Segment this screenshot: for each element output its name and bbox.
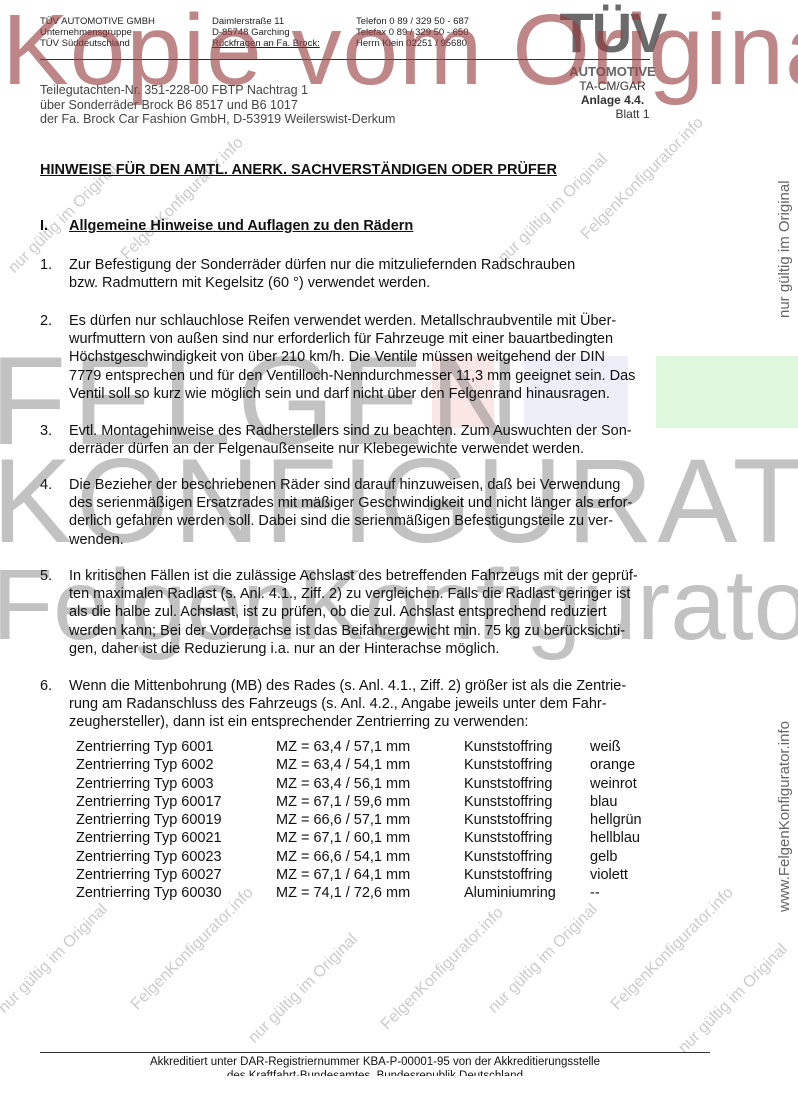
ring-color: weiß [590,738,621,756]
item-line: wenden. [69,531,700,549]
header-fax: Telefax 0 89 / 329 50 - 650 [356,27,469,38]
list-item: 1. Zur Befestigung der Sonderräder dürfe… [40,256,700,292]
ring-dimensions: MZ = 67,1 / 59,6 mm [276,793,464,811]
ring-type: Zentrierring Typ 60021 [76,829,276,847]
item-line: rung am Radanschluss des Fahrzeugs (s. A… [69,695,700,713]
item-number: 4. [40,476,68,494]
watermark-side-bottom: www.FelgenKonfigurator.info [776,721,793,912]
page-title: HINWEISE FÜR DEN AMTL. ANERK. SACHVERSTÄ… [40,162,557,178]
ring-color: blau [590,793,617,811]
item-line: Wenn die Mittenbohrung (MB) des Rades (s… [69,677,700,695]
ring-type: Zentrierring Typ 60017 [76,793,276,811]
ring-material: Kunststoffring [464,738,590,756]
ring-dimensions: MZ = 67,1 / 64,1 mm [276,866,464,884]
ring-color: orange [590,756,635,774]
header-street: Daimlerstraße 11 [212,16,320,27]
watermark-diag: nur gültig im Original [675,941,791,1057]
item-line: des serienmäßigen Ersatzrades mit mäßige… [69,494,700,512]
report-subject: über Sonderräder Brock B6 8517 und B6 10… [40,98,395,113]
ring-dimensions: MZ = 63,4 / 56,1 mm [276,775,464,793]
tuv-logo: TÜV AUTOMOTIVE TA-CM/GAR Anlage 4.4. Bla… [555,8,670,121]
watermark-diag: FelgenKonfigurator.info [608,884,738,1014]
ring-color: violett [590,866,628,884]
table-row: Zentrierring Typ 60023MZ = 66,6 / 54,1 m… [76,848,642,866]
ring-material: Kunststoffring [464,811,590,829]
table-row: Zentrierring Typ 60021MZ = 67,1 / 60,1 m… [76,829,642,847]
watermark-diag: nur gültig im Original [485,901,601,1017]
centering-ring-table: Zentrierring Typ 6001MZ = 63,4 / 57,1 mm… [76,738,642,903]
table-row: Zentrierring Typ 6002MZ = 63,4 / 54,1 mm… [76,756,642,774]
list-item: 4. Die Bezieher der beschriebenen Räder … [40,476,700,549]
list-item: 3. Evtl. Montagehinweise des Radherstell… [40,422,700,458]
footer-accreditation: Akkreditiert unter DAR-Registriernummer … [40,1055,710,1069]
watermark-diag: nur gültig im Original [245,931,361,1047]
item-number: 3. [40,422,68,440]
item-line: werden kann; Bei der Vorderachse ist das… [69,622,700,640]
ring-type: Zentrierring Typ 6001 [76,738,276,756]
ring-material: Kunststoffring [464,848,590,866]
watermark-side-top: nur gültig im Original [776,180,793,318]
table-row: Zentrierring Typ 60027MZ = 67,1 / 64,1 m… [76,866,642,884]
header-company-name: TÜV AUTOMOTIVE GMBH [40,16,155,27]
ring-material: Aluminiumring [464,884,590,902]
ring-color: weinrot [590,775,637,793]
ring-color: -- [590,884,600,902]
item-line: ten maximalen Radlast (s. Anl. 4.1., Zif… [69,585,700,603]
watermark-diag: nur gültig im Original [0,901,112,1017]
item-line: Höchstgeschwindigkeit von über 210 km/h.… [69,348,700,366]
section-title: Allgemeine Hinweise und Auflagen zu den … [69,218,413,234]
item-line: Es dürfen nur schlauchlose Reifen verwen… [69,312,700,330]
item-number: 1. [40,256,68,274]
ring-dimensions: MZ = 66,6 / 57,1 mm [276,811,464,829]
item-number: 5. [40,567,68,585]
item-line: Zur Befestigung der Sonderräder dürfen n… [69,256,700,274]
table-row: Zentrierring Typ 60019MZ = 66,6 / 57,1 m… [76,811,642,829]
ring-color: hellblau [590,829,640,847]
ring-color: gelb [590,848,617,866]
report-company: der Fa. Brock Car Fashion GmbH, D-53919 … [40,112,395,127]
header-contact: Telefon 0 89 / 329 50 - 687 Telefax 0 89… [356,16,469,49]
tuv-logo-automotive: AUTOMOTIVE [555,64,670,79]
ring-dimensions: MZ = 63,4 / 54,1 mm [276,756,464,774]
header-address: Daimlerstraße 11 D-85748 Garching Rückfr… [212,16,320,49]
header-company-parent: TÜV Süddeutschland [40,38,155,49]
list-item: 6. Wenn die Mittenbohrung (MB) des Rades… [40,677,700,732]
ring-type: Zentrierring Typ 60019 [76,811,276,829]
section-number: I. [40,218,69,234]
annex-label: Anlage 4.4. [555,93,670,107]
item-line: Evtl. Montagehinweise des Radherstellers… [69,422,700,440]
header-inquiries: Rückfragen an Fa. Brock: [212,38,320,49]
report-reference: Teilegutachten-Nr. 351-228-00 FBTP Nacht… [40,83,395,127]
table-row: Zentrierring Typ 6001MZ = 63,4 / 57,1 mm… [76,738,642,756]
ring-type: Zentrierring Typ 60030 [76,884,276,902]
item-line: 7779 entsprechen und für den Ventilloch-… [69,367,700,385]
ring-dimensions: MZ = 63,4 / 57,1 mm [276,738,464,756]
header-contact-person: Herrn Klein 02251 / 95680 [356,38,469,49]
report-number: Teilegutachten-Nr. 351-228-00 FBTP Nacht… [40,83,395,98]
watermark-diag: FelgenKonfigurator.info [378,904,508,1034]
ring-material: Kunststoffring [464,756,590,774]
department: TA-CM/GAR [555,79,670,93]
ring-material: Kunststoffring [464,866,590,884]
item-line: bzw. Radmuttern mit Kegelsitz (60 °) ver… [69,274,700,292]
footer-divider [40,1052,710,1053]
header-company-group: Unternehmensgruppe [40,27,155,38]
watermark-diag: FelgenKonfigurator.info [578,114,708,244]
ring-color: hellgrün [590,811,642,829]
header-phone: Telefon 0 89 / 329 50 - 687 [356,16,469,27]
footer-authority: des Kraftfahrt-Bundesamtes, Bundesrepubl… [40,1069,710,1076]
ring-material: Kunststoffring [464,775,590,793]
item-number: 2. [40,312,68,330]
tuv-logo-mark: TÜV [555,8,670,58]
sheet-label: Blatt 1 [555,107,670,121]
header-company: TÜV AUTOMOTIVE GMBH Unternehmensgruppe T… [40,16,155,49]
header-city: D-85748 Garching [212,27,320,38]
item-line: zeughersteller), dann ist ein entspreche… [69,713,700,731]
list-item: 5. In kritischen Fällen ist die zulässig… [40,567,700,658]
ring-dimensions: MZ = 74,1 / 72,6 mm [276,884,464,902]
table-row: Zentrierring Typ 6003MZ = 63,4 / 56,1 mm… [76,775,642,793]
ring-dimensions: MZ = 67,1 / 60,1 mm [276,829,464,847]
section-heading: I.Allgemeine Hinweise und Auflagen zu de… [40,218,413,234]
footer: Akkreditiert unter DAR-Registriernummer … [40,1055,710,1076]
item-line: wurfmuttern von außen sind nur erforderl… [69,330,700,348]
watermark-diag: FelgenKonfigurator.info [118,134,248,264]
ring-type: Zentrierring Typ 60023 [76,848,276,866]
table-row: Zentrierring Typ 60030MZ = 74,1 / 72,6 m… [76,884,642,902]
ring-type: Zentrierring Typ 6002 [76,756,276,774]
item-line: als die halbe zul. Achslast, ist zu prüf… [69,603,700,621]
watermark-diag: FelgenKonfigurator.info [128,884,258,1014]
table-row: Zentrierring Typ 60017MZ = 67,1 / 59,6 m… [76,793,642,811]
item-line: Die Bezieher der beschriebenen Räder sin… [69,476,700,494]
item-line: derräder dürfen an der Felgenaußenseite … [69,440,700,458]
ring-type: Zentrierring Typ 6003 [76,775,276,793]
list-item: 2. Es dürfen nur schlauchlose Reifen ver… [40,312,700,403]
item-line: derlich gefahren werden soll. Dabei sind… [69,512,700,530]
ring-type: Zentrierring Typ 60027 [76,866,276,884]
ring-material: Kunststoffring [464,829,590,847]
ring-material: Kunststoffring [464,793,590,811]
ring-dimensions: MZ = 66,6 / 54,1 mm [276,848,464,866]
item-line: In kritischen Fällen ist die zulässige A… [69,567,700,585]
item-line: gen, daher ist die Reduzierung i.a. nur … [69,640,700,658]
item-line: Ventil soll so kurz wie möglich sein und… [69,385,700,403]
item-number: 6. [40,677,68,695]
